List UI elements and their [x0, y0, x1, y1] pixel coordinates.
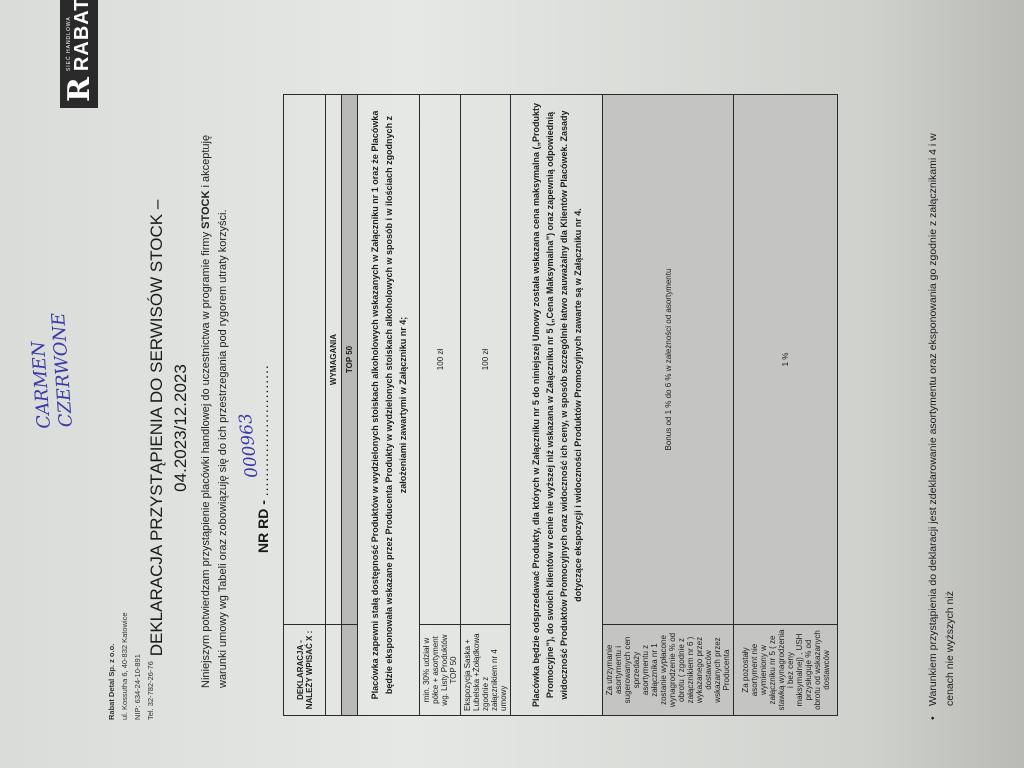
top50-blank [342, 625, 358, 716]
bullet-icon: • [925, 716, 942, 720]
declaration-table: DEKLARACJA - NALEŻY WPISAĆ X : WYMAGANIA… [283, 94, 838, 716]
declaration-header-blank [284, 95, 326, 625]
top50-header: TOP 50 [342, 95, 358, 625]
title-line-2: 04.2023/12.2023 [169, 148, 193, 708]
requirements-header: WYMAGANIA [326, 95, 342, 625]
bonus-row-label: Za pozostały asortyment nie wymieniony w… [734, 625, 838, 716]
requirements-blank [326, 625, 342, 716]
requirement-row-value: 100 zł [461, 95, 511, 625]
company-address: ul. Kossutha 6, 40-832 Katowice [118, 612, 131, 720]
requirement-row-label: min. 30% udział w półce + asortyment wg.… [420, 625, 461, 716]
promo-text: Placówka będzie odsprzedawać Produkty, d… [511, 95, 603, 716]
bonus-row-value: Bonus od 1 % do 6 % w zależności od asor… [603, 95, 734, 625]
bonus-row-value: 1 % [734, 95, 838, 625]
document-title: DEKLARACJA PRZYSTĄPIENIA DO SERWISÓW STO… [145, 148, 193, 708]
title-line-1: DEKLARACJA PRZYSTĄPIENIA DO SERWISÓW STO… [145, 148, 169, 708]
declaration-header: DEKLARACJA - NALEŻY WPISAĆ X : [284, 625, 326, 716]
footer-bullet-text: Warunkiem przystąpienia do deklaracji je… [927, 133, 956, 706]
rabat-logo: R SIEĆ HANDLOWA RABAT [60, 0, 98, 108]
availability-text: Placówka zapewni stałą dostępność Produk… [358, 95, 420, 716]
footer-bullet: • Warunkiem przystąpienia do deklaracji … [925, 106, 959, 706]
handwritten-note: CARMEN CZERWONE [26, 312, 78, 430]
requirement-row-label: Ekspozycja Saska + Lubelska +Żołądkowa z… [461, 625, 511, 716]
nr-rd-label: NR RD - [255, 500, 271, 553]
document-page: Rabat Detal Sp. z o.o. ul. Kossutha 6, 4… [0, 0, 1024, 768]
intro-part-1: Niniejszym potwierdzam przystąpienie pla… [200, 229, 212, 688]
requirement-row-value: 100 zł [420, 95, 461, 625]
logo-letter: R [62, 77, 97, 102]
nr-rd-field: NR RD - ........................... 0009… [255, 364, 271, 553]
intro-bold: STOCK [200, 191, 212, 229]
bonus-row-label: Za utrzymanie asortymentu i sugerowanych… [603, 625, 734, 716]
logo-brand: RABAT [72, 0, 92, 71]
company-nip: NIP: 634-24-10-891 [131, 612, 144, 720]
intro-paragraph: Niniejszym potwierdzam przystąpienie pla… [198, 128, 232, 688]
company-name: Rabat Detal Sp. z o.o. [105, 612, 118, 720]
